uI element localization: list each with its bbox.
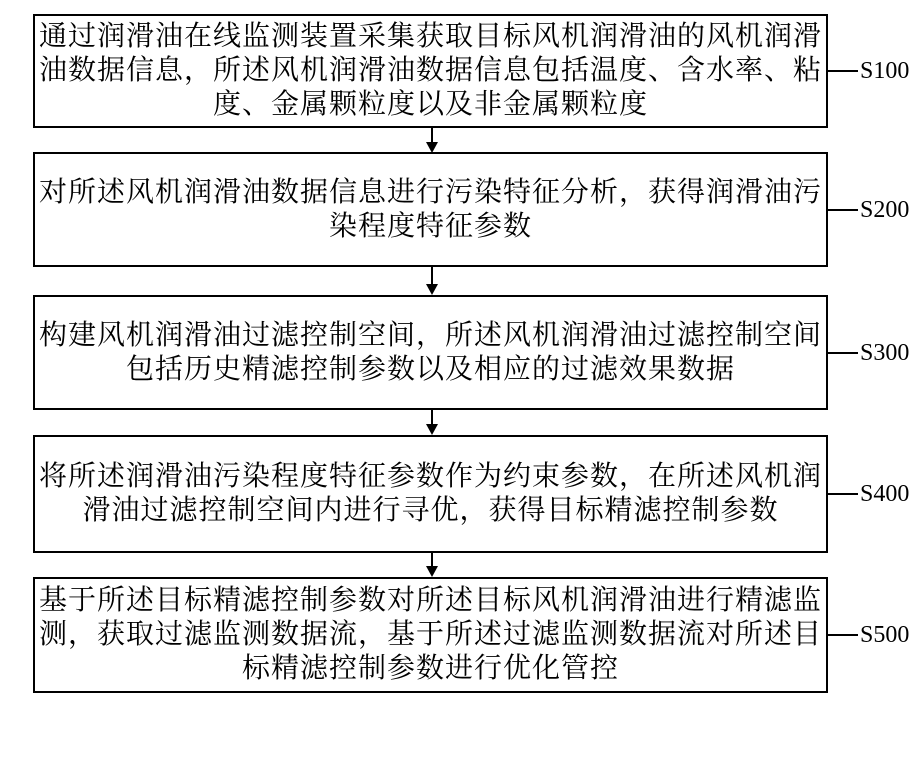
step-box-s200: 对所述风机润滑油数据信息进行污染特征分析，获得润滑油污 染程度特征参数	[33, 152, 828, 267]
step-s400-line-1: 将所述润滑油污染程度特征参数作为约束参数，在所述风机润	[35, 460, 826, 494]
step-s500-line-1: 基于所述目标精滤控制参数对所述目标风机润滑油进行精滤监	[35, 584, 826, 618]
step-s500-line-3: 标精滤控制参数进行优化管控	[35, 652, 826, 686]
down-arrow-3	[424, 410, 440, 435]
arrowhead-icon	[426, 566, 438, 577]
step-s400-line-2: 滑油过滤控制空间内进行寻优，获得目标精滤控制参数	[35, 494, 826, 528]
down-arrow-1	[424, 128, 440, 153]
patent-flowchart: 通过润滑油在线监测装置采集获取目标风机润滑油的风机润滑 油数据信息，所述风机润滑…	[0, 0, 921, 758]
step-box-s300: 构建风机润滑油过滤控制空间，所述风机润滑油过滤控制空间 包括历史精滤控制参数以及…	[33, 295, 828, 410]
step-box-s100: 通过润滑油在线监测装置采集获取目标风机润滑油的风机润滑 油数据信息，所述风机润滑…	[33, 14, 828, 128]
step-s300-connector-line	[828, 352, 858, 354]
step-s300-line-1: 构建风机润滑油过滤控制空间，所述风机润滑油过滤控制空间	[35, 319, 826, 353]
step-s200-connector-line	[828, 209, 858, 211]
step-s400-connector-line	[828, 493, 858, 495]
down-arrow-4	[424, 553, 440, 577]
step-s100-line-3: 度、金属颗粒度以及非金属颗粒度	[35, 88, 826, 122]
step-label-s100: S100	[860, 57, 909, 85]
step-s100-line-2: 油数据信息，所述风机润滑油数据信息包括温度、含水率、粘	[35, 54, 826, 88]
step-s200-line-1: 对所述风机润滑油数据信息进行污染特征分析，获得润滑油污	[35, 176, 826, 210]
step-box-s400: 将所述润滑油污染程度特征参数作为约束参数，在所述风机润 滑油过滤控制空间内进行寻…	[33, 435, 828, 553]
step-label-s500: S500	[860, 621, 909, 649]
step-s100-connector-line	[828, 70, 858, 72]
arrowhead-icon	[426, 284, 438, 295]
step-box-s500: 基于所述目标精滤控制参数对所述目标风机润滑油进行精滤监 测，获取过滤监测数据流，…	[33, 577, 828, 693]
step-s100-line-1: 通过润滑油在线监测装置采集获取目标风机润滑油的风机润滑	[35, 20, 826, 54]
step-s500-line-2: 测，获取过滤监测数据流，基于所述过滤监测数据流对所述目	[35, 618, 826, 652]
step-label-s300: S300	[860, 339, 909, 367]
step-s300-line-2: 包括历史精滤控制参数以及相应的过滤效果数据	[35, 353, 826, 387]
step-label-s200: S200	[860, 196, 909, 224]
down-arrow-2	[424, 267, 440, 295]
step-label-s400: S400	[860, 480, 909, 508]
step-s500-connector-line	[828, 634, 858, 636]
step-s200-line-2: 染程度特征参数	[35, 210, 826, 244]
arrowhead-icon	[426, 424, 438, 435]
